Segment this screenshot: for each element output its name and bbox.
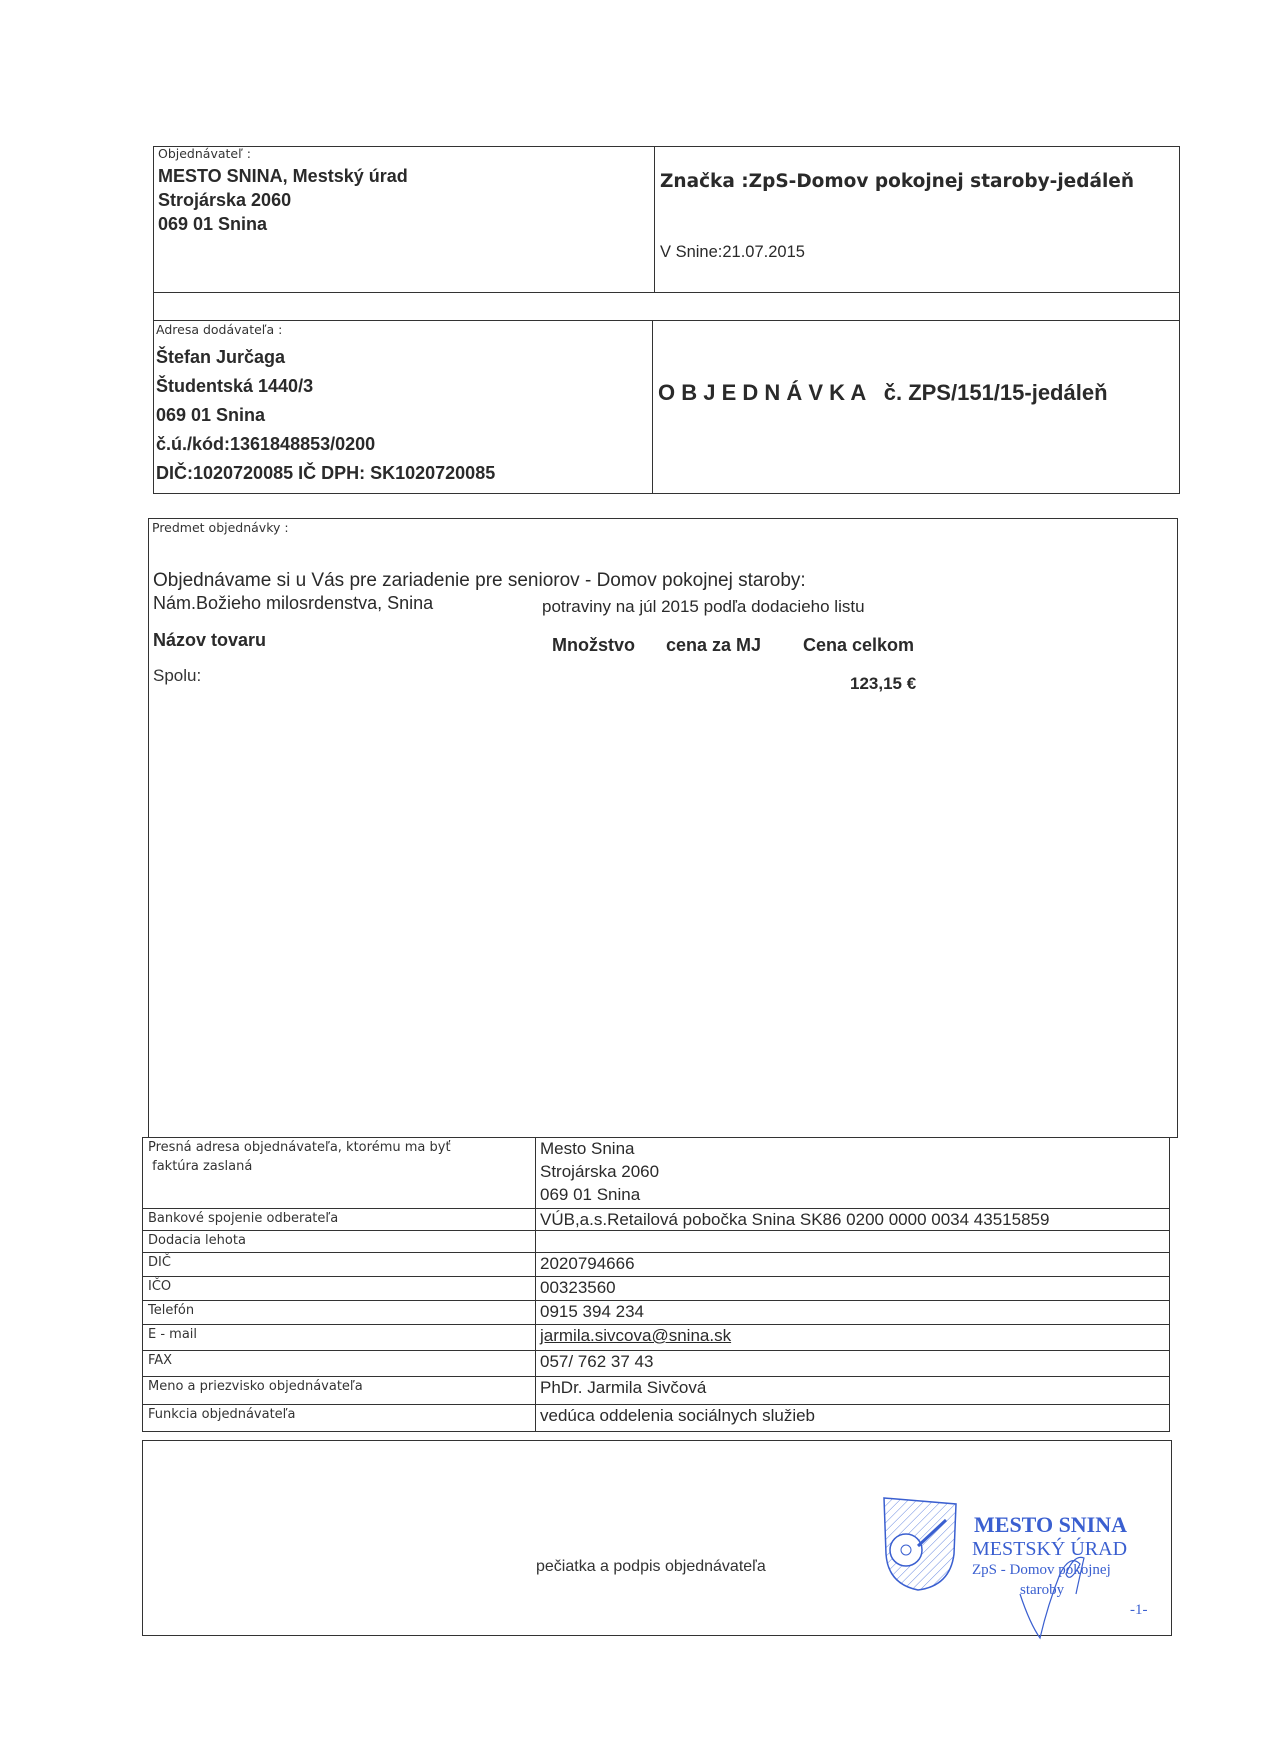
subject-line2-left: Nám.Božieho milosrdenstva, Snina [153, 593, 433, 614]
spacer-row [153, 292, 1180, 321]
details-label: Meno a priezvisko objednávateľa [148, 1379, 363, 1394]
col-total-price: Cena celkom [803, 635, 914, 656]
order-title: O B J E D N Á V K A č. ZPS/151/15-jedále… [658, 380, 1108, 406]
details-value: 0915 394 234 [540, 1302, 644, 1322]
details-label: Telefón [148, 1303, 194, 1318]
details-divider [535, 1137, 536, 1432]
supplier-tax: DIČ:1020720085 IČ DPH: SK1020720085 [156, 463, 495, 484]
col-unit-price: cena za MJ [666, 635, 761, 656]
details-value: PhDr. Jarmila Sivčová [540, 1378, 706, 1398]
details-label: Bankové spojenie odberateľa [148, 1211, 338, 1226]
reference-mark: Značka :ZpS-Domov pokojnej staroby-jedál… [660, 171, 1134, 192]
details-row-separator [142, 1276, 1170, 1277]
col-quantity: Množstvo [552, 635, 635, 656]
details-value-line: 069 01 Snina [540, 1185, 640, 1205]
details-row-separator [142, 1404, 1170, 1405]
details-label: FAX [148, 1353, 172, 1368]
supplier-divider [652, 320, 653, 494]
details-row-separator [142, 1230, 1170, 1231]
header-divider [654, 147, 655, 293]
details-value: vedúca oddelenia sociálnych služieb [540, 1406, 815, 1426]
details-row-separator [142, 1324, 1170, 1325]
details-label: E - mail [148, 1327, 197, 1342]
supplier-label: Adresa dodávateľa : [156, 322, 282, 337]
details-value: 057/ 762 37 43 [540, 1352, 653, 1372]
supplier-street: Študentská 1440/3 [156, 376, 313, 397]
details-label-cont: faktúra zaslaná [148, 1159, 252, 1174]
orderer-name: MESTO SNINA, Mestský úrad [158, 166, 408, 187]
details-label: IČO [148, 1279, 171, 1294]
orderer-city: 069 01 Snina [158, 214, 267, 235]
supplier-name: Štefan Jurčaga [156, 347, 285, 368]
details-label: Funkcia objednávateľa [148, 1407, 296, 1422]
total-label: Spolu: [153, 666, 201, 686]
supplier-account: č.ú./kód:1361848853/0200 [156, 434, 375, 455]
details-value: 2020794666 [540, 1254, 635, 1274]
col-item-name: Názov tovaru [153, 630, 266, 651]
stamp: MESTO SNINA MESTSKÝ ÚRAD ZpS - Domov pok… [880, 1494, 1160, 1634]
details-row-separator [142, 1376, 1170, 1377]
coat-of-arms-icon [880, 1494, 960, 1594]
subject-line2-right: potraviny na júl 2015 podľa dodacieho li… [542, 597, 865, 617]
details-row-separator [142, 1208, 1170, 1209]
stamp-number: -1- [1130, 1602, 1148, 1619]
details-label: Presná adresa objednávateľa, ktorému ma … [148, 1140, 451, 1155]
details-value: VÚB,a.s.Retailová pobočka Snina SK86 020… [540, 1210, 1049, 1230]
total-value: 123,15 € [850, 674, 916, 694]
supplier-city: 069 01 Snina [156, 405, 265, 426]
details-row-separator [142, 1252, 1170, 1253]
orderer-street: Strojárska 2060 [158, 190, 291, 211]
details-label: Dodacia lehota [148, 1233, 246, 1248]
signature-scribble-icon [1000, 1514, 1120, 1644]
subject-label: Predmet objednávky : [152, 520, 289, 535]
details-value-line: Strojárska 2060 [540, 1162, 659, 1182]
email-link[interactable]: jarmila.sivcova@snina.sk [540, 1326, 731, 1346]
details-row-separator [142, 1350, 1170, 1351]
details-label: DIČ [148, 1255, 171, 1270]
subject-line1: Objednávame si u Vás pre zariadenie pre … [153, 570, 806, 592]
details-value-line: Mesto Snina [540, 1139, 635, 1159]
signature-label: pečiatka a podpis objednávateľa [536, 1558, 766, 1576]
details-value: 00323560 [540, 1278, 616, 1298]
orderer-label: Objednávateľ : [158, 146, 251, 161]
details-row-separator [142, 1300, 1170, 1301]
reference-date: V Snine:21.07.2015 [660, 243, 805, 262]
